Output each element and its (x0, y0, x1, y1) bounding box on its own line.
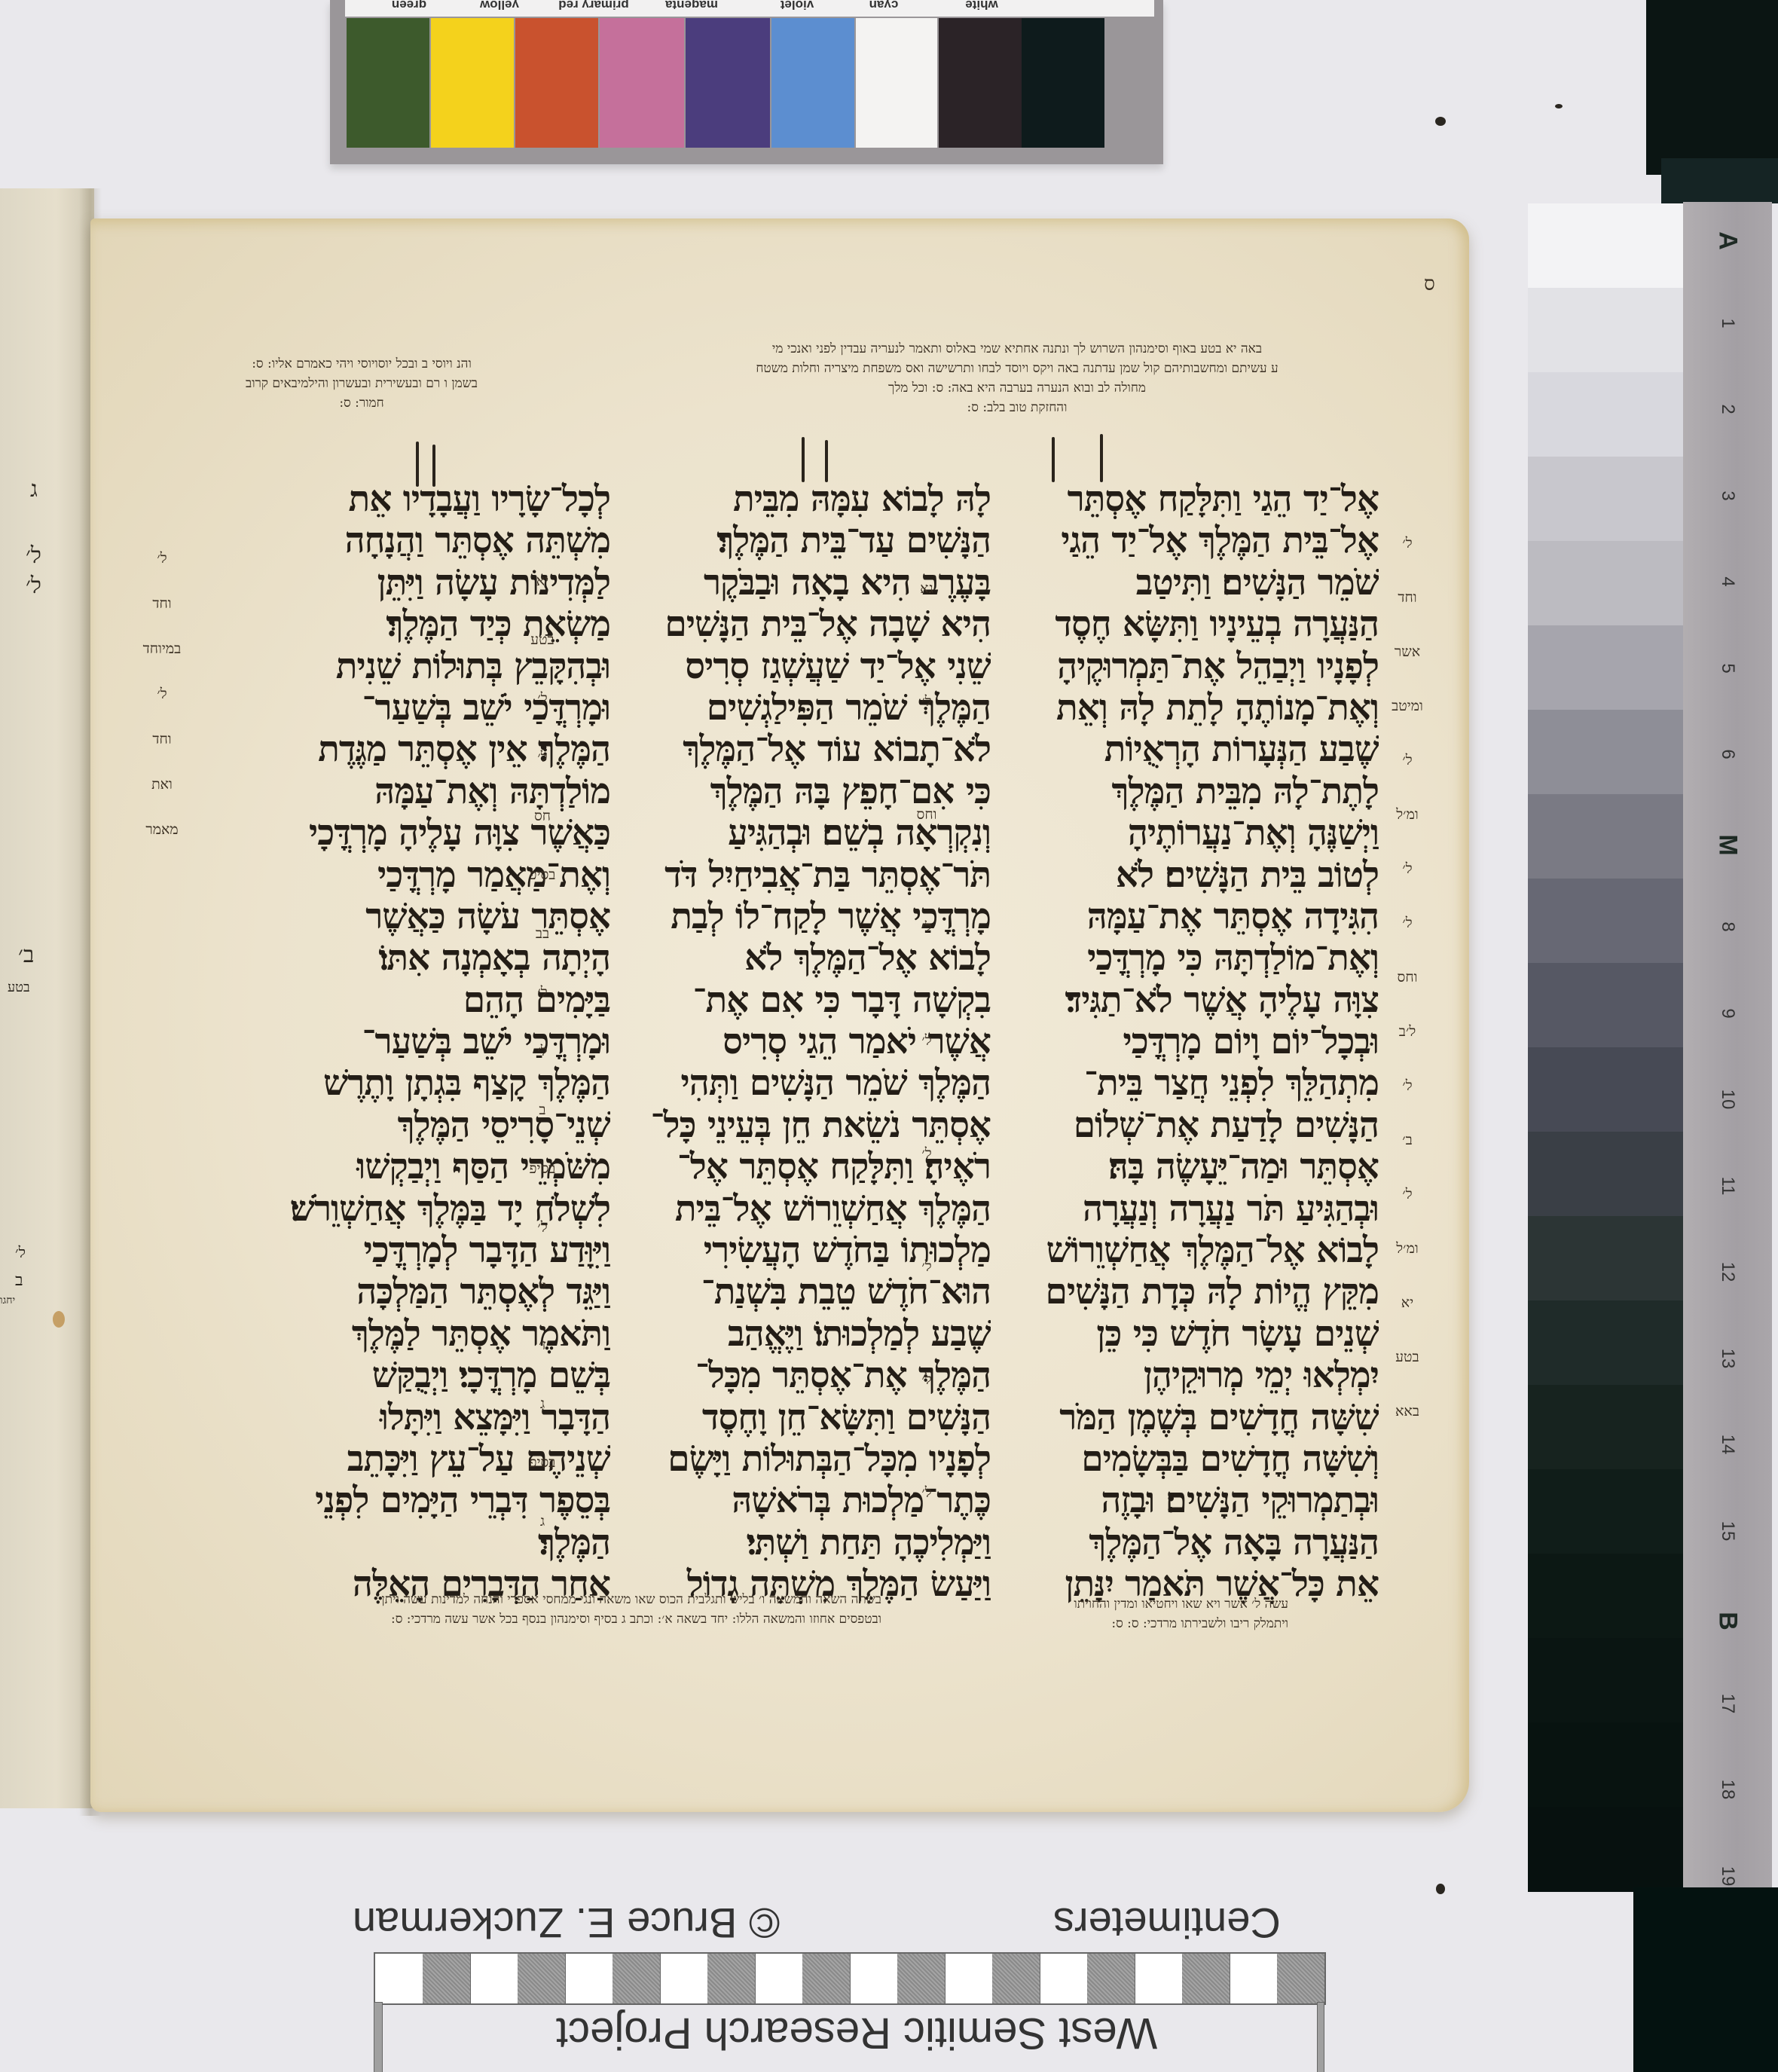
text-line: וּבְכָל־יוֹם וָיוֹם מָרְדֳּכַי (957, 1021, 1379, 1062)
margin-note: ל׳ (904, 1032, 949, 1049)
scale-cell (1087, 1954, 1135, 2003)
margin-note: וחד (136, 731, 188, 747)
color-label: magenta (650, 0, 733, 12)
scale-cell (802, 1954, 851, 2003)
bottom-masorah-right: עשה ל׳ אשר ויא שאו ויחטיאו ומדין והחויתו… (964, 1594, 1288, 1633)
swatch-primary-red (515, 18, 598, 148)
note-line: בשתה השאה והמשאה ו׳ בליש ותגלבית הכוס שא… (203, 1590, 881, 1609)
scale-cell (1182, 1954, 1230, 2003)
text-line: הַנָּשִׁים עַד־בֵּית הַמֶּלֶךְ׃ (573, 520, 991, 561)
gray-step (1528, 1554, 1688, 1639)
margin-notes-right: ל׳וחדאשרומיטבל׳ומ׳לל׳ל׳וחסל׳בל׳ב׳ל׳ומ׳לי… (1385, 535, 1430, 1457)
stain (53, 1311, 65, 1328)
copyright-text: © Bruce E. Zuckerman (353, 1899, 780, 1948)
margin-note: ל׳ (520, 690, 565, 707)
swatch-cyan (771, 18, 854, 148)
text-line: וּבְהַגִּיעַ תֹּר נַעֲרָה וְנַעֲרָה (957, 1188, 1379, 1230)
lamed-ascender (802, 437, 805, 482)
note-line: בשמן ו רם ובעשירית ובעשרון והילמיבאים קר… (173, 374, 550, 393)
text-column-right: אֶל־יַד הֵגַי וַתִּלָּקַח אֶסְתֵּראֶל־בֵ… (957, 478, 1379, 1606)
lamed-ascender (1052, 437, 1055, 482)
margin-note: ל׳ (136, 550, 188, 567)
note-line: באה יא בטע באוף וסימנהון השרוש לך ונתנה … (573, 339, 1462, 359)
margin-note: ג (520, 1395, 565, 1412)
margin-note: בטע (1385, 1349, 1430, 1365)
text-line: יִמְלְאוּ יְמֵי מְרוּקֵיהֶן (957, 1355, 1379, 1396)
text-line: מִשְׁתֵּה אֶסְתֵּר וַהֲנָחָה (196, 520, 610, 561)
note-line: והנ ויוסי ב ובכל יוסויוסי ויהי כאמרם אלי… (173, 354, 550, 374)
note-line: ויתמלק ריבו ולשבירתו מרדכי: ס: ס: (964, 1614, 1288, 1633)
gray-step (1528, 372, 1688, 457)
text-line: לָבוֹא אֶל־הַמֶּלֶךְ אֲחַשְׁוֵרוֹשׁ (957, 1230, 1379, 1271)
margin-note: וחס (904, 806, 949, 823)
color-label: white (940, 0, 1023, 12)
centimeter-scale-bar (374, 1952, 1326, 2005)
margin-mark: ל׳ (15, 1243, 26, 1262)
margin-mark: ל׳ (26, 573, 41, 599)
margin-note: וחס (1385, 969, 1430, 986)
text-line: וְשִׁשָּׁה חֳדָשִׁים בַּבְּשָׂמִים (957, 1438, 1379, 1480)
color-label: yellow (458, 0, 541, 12)
text-line: וְאֶת־מָנוֹתֶהָ לָתֵת לָהּ וְאֵת (957, 687, 1379, 729)
margin-note: ב׳ (1385, 1132, 1430, 1148)
ruler-tick-label: A (1713, 197, 1743, 286)
gray-step (1528, 1385, 1688, 1470)
text-line: הַנַּעֲרָה בְעֵינָיו וַתִּשָּׂא חֶסֶד (957, 604, 1379, 645)
scale-cell (897, 1954, 946, 2003)
text-line: שֶׁבַע הַנְּעָרוֹת הָרְאֻיוֹת (957, 729, 1379, 770)
margin-note: ל׳ (904, 1258, 949, 1275)
margin-note: יי (520, 1278, 565, 1294)
margin-note: ל׳ (520, 984, 565, 1001)
text-line: וְאֶת־מוֹלַדְתָּהּ כִּי מָרְדֳּכַי (957, 937, 1379, 979)
lamed-ascender (1100, 434, 1103, 482)
margin-note: ל׳ב (1385, 1023, 1430, 1040)
units-label: Centimeters (1053, 1899, 1281, 1948)
swatch-violet (686, 18, 770, 148)
text-line: אֶל־בֵּית הַמֶּלֶךְ אֶל־יַד הֵגַי (957, 520, 1379, 561)
margin-note: ומיטב (1385, 698, 1430, 714)
scale-cell (423, 1954, 471, 2003)
margin-note: וחד (136, 595, 188, 612)
dark-background-bottom (1633, 1887, 1778, 2072)
gray-step (1528, 1216, 1688, 1301)
ruler-tick-label: 17 (1717, 1659, 1738, 1748)
gray-step (1528, 288, 1688, 373)
swatch-3-color (939, 18, 1022, 148)
ruler-tick-label: 12 (1717, 1227, 1738, 1316)
ruler-tick-label: 2 (1717, 365, 1738, 454)
margin-note: ומ׳ל (1385, 1240, 1430, 1257)
text-line: מִתְהַלֵּךְ לִפְנֵי חֲצַר בֵּית־ (957, 1062, 1379, 1104)
margin-note: ל׳ (136, 686, 188, 702)
dust-speck (1555, 104, 1563, 108)
scale-cell (565, 1954, 613, 2003)
color-label: cyan (842, 0, 925, 12)
margin-mark: ג (30, 476, 38, 503)
margin-note: בסיפ (520, 866, 565, 883)
margin-note: וחד (1385, 589, 1430, 606)
text-line: וּבְתַמְרוּקֵי הַנָּשִׁים׃ וּבָזֶה (957, 1480, 1379, 1521)
top-masorah-left: והנ ויוסי ב ובכל יוסויוסי ויהי כאמרם אלי… (173, 354, 550, 413)
ruler-tick-label: 5 (1717, 624, 1738, 713)
margin-note: בסיפ (520, 1160, 565, 1177)
margin-note: ל׳ (1385, 1077, 1430, 1094)
margin-mark: ב׳ (18, 942, 34, 968)
margin-note: בטע (520, 631, 565, 648)
margin-note: ל׳ (904, 693, 949, 710)
margin-mark: בטע (8, 979, 30, 995)
text-line: לָתֶת־לָהּ מִבֵּית הַמֶּלֶךְ (957, 771, 1379, 812)
text-line: וַיְשַׁנֶּהָ וְאֶת־נַעֲרוֹתֶיהָ (957, 812, 1379, 854)
gray-step (1528, 1807, 1688, 1892)
lamed-ascender (825, 440, 828, 482)
note-line: עשה ל׳ אשר ויא שאו ויחטיאו ומדין והחויתו (964, 1594, 1288, 1614)
margin-note: חס (520, 808, 565, 824)
ruler-tick-label: 8 (1717, 882, 1738, 971)
swatch-black (1022, 18, 1104, 148)
margin-note: גא (904, 580, 949, 597)
margin-note: ג (520, 1513, 565, 1530)
top-masorah-center: באה יא בטע באוף וסימנהון השרוש לך ונתנה … (573, 339, 1462, 417)
text-line: לְטוֹב בֵּית הַנָּשִׁים׃ לֹא (957, 854, 1379, 896)
margin-note: באא (1385, 1403, 1430, 1420)
ruler-tick-label: 10 (1717, 1055, 1738, 1144)
margin-note: מאמר (136, 821, 188, 838)
margin-mark: יחגו (0, 1294, 15, 1307)
scale-frame-left (374, 2002, 383, 2072)
margin-mark: ב (15, 1270, 23, 1290)
margin-note: ל׳ (1385, 535, 1430, 552)
gray-step (1528, 1722, 1688, 1808)
text-line: שֹׁמֵר הַנָּשִׁים׃ וַתִּיטַב (957, 562, 1379, 604)
margin-note: במיוחד (136, 640, 188, 657)
note-line: והחזקת טוב בלב: ס: (573, 398, 1462, 417)
gray-step (1528, 1047, 1688, 1132)
margin-note: ל׳ (520, 1219, 565, 1236)
bottom-masorah-left: בשתה השאה והמשאה ו׳ בליש ותגלבית הכוס שא… (203, 1590, 881, 1629)
color-label: green (368, 0, 451, 12)
gray-step (1528, 1132, 1688, 1217)
gray-step (1528, 1469, 1688, 1554)
margin-note: ל׳ (904, 1484, 949, 1501)
note-line: מחולה לב ובוא הנערה בערבה היא באה: ס: וכ… (573, 378, 1462, 398)
color-label: violet (756, 0, 839, 12)
ruler-tick-label: 11 (1717, 1141, 1738, 1230)
text-line: אֶל־יַד הֵגַי וַתִּלָּקַח אֶסְתֵּר (957, 478, 1379, 520)
margin-note: ל׳ (1385, 1186, 1430, 1203)
scale-cell (945, 1954, 993, 2003)
margin-note: ל׳ (520, 749, 565, 766)
scale-cell (518, 1954, 566, 2003)
margin-note: ל׳ (904, 1371, 949, 1388)
scale-frame-right (1317, 2002, 1324, 2072)
text-line: שְׁנֵים עָשָׂר חֹדֶשׁ כִּי כֵּן (957, 1313, 1379, 1355)
scale-cell (1230, 1954, 1278, 2003)
gray-step (1528, 963, 1688, 1048)
swatch-magenta (600, 18, 684, 148)
scale-card: Centimeters © Bruce E. Zuckerman West Se… (345, 1895, 1329, 2072)
ruler-tick-label: 15 (1717, 1487, 1738, 1575)
text-line: צִוָּה עָלֶיהָ אֲשֶׁר לֹא־תַגִּיד׃ (957, 979, 1379, 1021)
scale-cell (707, 1954, 756, 2003)
margin-note: ל׳ (1385, 915, 1430, 931)
margin-note: ל׳ (1385, 752, 1430, 769)
ruler-tick-label: B (1713, 1577, 1743, 1666)
color-label: primary red (552, 0, 635, 12)
swatch-green (347, 18, 429, 148)
gray-step (1528, 203, 1688, 289)
margin-note: ב (520, 1102, 565, 1118)
scale-cell (1277, 1954, 1325, 2003)
ruler-tick-label: 18 (1717, 1745, 1738, 1834)
scale-cell (375, 1954, 423, 2003)
scale-cell (1135, 1954, 1183, 2003)
text-line: הִגִּידָה אֶסְתֵּר אֶת־עַמָּהּ (957, 896, 1379, 937)
ruler-tick-label: 3 (1717, 451, 1738, 540)
margin-notes-left: ל׳וחדבמיוחדל׳וחדואתמאמר (136, 550, 188, 866)
ruler-tick-label: 1 (1717, 279, 1738, 368)
dark-background-top (1646, 0, 1778, 175)
color-calibration-chart: green yellow primary red magenta violet … (330, 0, 1163, 164)
text-line: אֶסְתֵּר וּמַה־יֵּעָשֶׂה בָּהּ׃ (957, 1146, 1379, 1187)
centimeter-ruler: A123456M89101112131415B171819 (1683, 202, 1772, 1890)
ruler-tick-label: 14 (1717, 1400, 1738, 1489)
margin-note: ל׳ (904, 919, 949, 936)
gray-step (1528, 625, 1688, 711)
margin-notes-between-middle-left: יאבטעל׳ל׳חסבסיפבבל׳ל׳בבסיפל׳ייז׳גבסיפג (520, 573, 565, 1572)
gray-step (1528, 1638, 1688, 1723)
text-line: הַנַּעֲרָה בָּאָה אֶל־הַמֶּלֶךְ (957, 1522, 1379, 1563)
text-line: לְפָנָיו וַיְבַהֵל אֶת־תַּמְרוּקֶיהָ (957, 646, 1379, 687)
scale-cell (470, 1954, 518, 2003)
text-line: שִׁשָּׁה חֳדָשִׁים בְּשֶׁמֶן הַמֹּר (957, 1397, 1379, 1438)
gray-step (1528, 794, 1688, 879)
scale-cell (755, 1954, 803, 2003)
swatch-white (856, 18, 937, 148)
text-line: לָהּ לָבוֹא עִמָּהּ מִבֵּית (573, 478, 991, 520)
gray-step (1528, 879, 1688, 964)
organization-name: West Semitic Research Project (556, 2008, 1157, 2058)
page-number: ס (1424, 273, 1435, 295)
margin-notes-between-right-middle: גאל׳וחסל׳ל׳ל׳ל׳ל׳ל׳ (904, 580, 949, 1597)
margin-mark: ל׳ (26, 542, 41, 569)
note-line: ע עשיתם ומחשבותיהם קול שמן עדתנה באה ויק… (573, 359, 1462, 378)
color-chart-label-band: green yellow primary red magenta violet … (345, 0, 1154, 17)
text-line: הַנָּשִׁים לָדַעַת אֶת־שְׁלוֹם (957, 1105, 1379, 1146)
text-line: לְכָל־שָׂרָיו וַעֲבָדָיו אֵת (196, 478, 610, 520)
gray-step (1528, 457, 1688, 542)
scale-cell (1040, 1954, 1088, 2003)
scale-cell (992, 1954, 1040, 2003)
text-line: מִקֵּץ הֱיוֹת לָהּ כְּדָת הַנָּשִׁים (957, 1271, 1379, 1313)
margin-note: ואת (136, 776, 188, 793)
gray-scale-target (1528, 203, 1688, 1891)
ruler-tick-label: M (1713, 800, 1743, 889)
margin-note: יא (520, 573, 565, 589)
margin-note: ל׳ (520, 1043, 565, 1059)
dust-speck (1436, 1884, 1445, 1894)
margin-note: בב (520, 925, 565, 942)
gray-step (1528, 710, 1688, 795)
margin-note: יא (1385, 1294, 1430, 1311)
scale-cell (850, 1954, 898, 2003)
swatch-yellow (431, 18, 514, 148)
margin-note: ז׳ (520, 1337, 565, 1353)
scale-cell (660, 1954, 708, 2003)
margin-note: בסיפ (520, 1454, 565, 1471)
ruler-tick-label: 9 (1717, 969, 1738, 1058)
dust-speck (1435, 117, 1446, 126)
note-line: ובטפסים אחוזו והמשאה הללו: יחד בשאה א׳: … (203, 1609, 881, 1629)
margin-note: ומ׳ל (1385, 806, 1430, 823)
ruler-tick-label: 13 (1717, 1314, 1738, 1403)
ruler-tick-label: 4 (1717, 537, 1738, 626)
margin-note: אשר (1385, 643, 1430, 660)
margin-note: ל׳ (904, 1145, 949, 1162)
manuscript-page: ס באה יא בטע באוף וסימנהון השרוש לך ונתנ… (90, 219, 1469, 1812)
gray-step (1528, 541, 1688, 626)
margin-note: ל׳ (1385, 860, 1430, 877)
gray-step (1528, 1300, 1688, 1386)
note-line: חמור: ס: (173, 393, 550, 413)
ruler-tick-label: 6 (1717, 710, 1738, 799)
scale-cell (613, 1954, 661, 2003)
